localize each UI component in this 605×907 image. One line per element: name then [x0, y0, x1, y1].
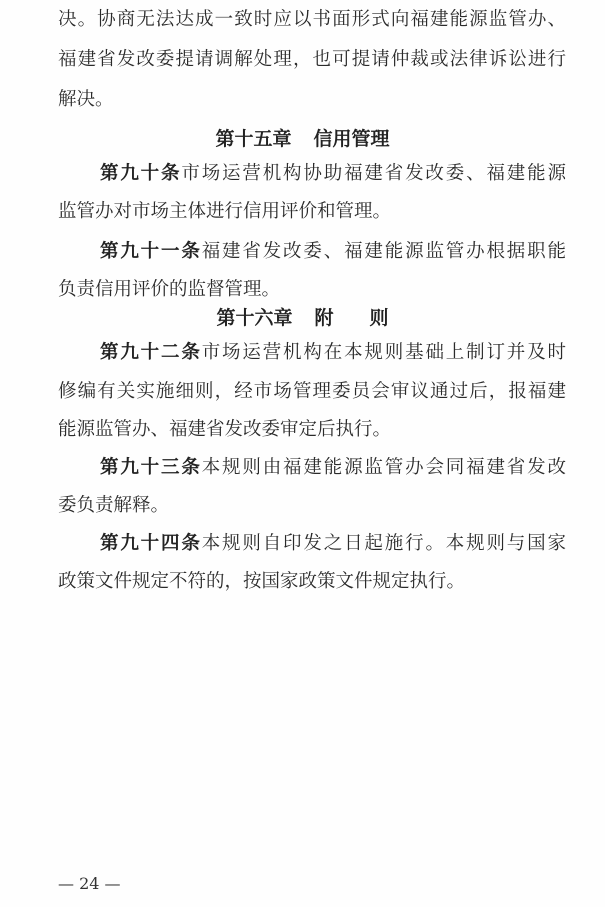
- article-text: 本规则自印发之日起施行。本规则与国家: [202, 533, 566, 554]
- chapter-number: 第十五章: [215, 128, 291, 150]
- article-label: 第九十四条: [100, 533, 202, 554]
- text-line: 政策文件规定不符的，按国家政策文件规定执行。: [58, 570, 566, 594]
- article-92: 第九十二条市场运营机构在本规则基础上制订并及时: [100, 341, 566, 365]
- text-line: 修编有关实施细则，经市场管理委员会审议通过后，报福建: [58, 380, 566, 404]
- article-label: 第九十一条: [100, 241, 202, 262]
- chapter-heading-16: 第十六章附则: [0, 306, 605, 330]
- article-label: 第九十三条: [100, 457, 202, 478]
- article-text: 福建省发改委、福建能源监管办根据职能: [202, 241, 566, 262]
- article-label: 第九十二条: [100, 342, 202, 363]
- article-text: 市场运营机构在本规则基础上制订并及时: [202, 342, 566, 363]
- article-90: 第九十条市场运营机构协助福建省发改委、福建能源: [100, 162, 566, 186]
- document-page: 决。协商无法达成一致时应以书面形式向福建能源监管办、 福建省发改委提请调解处理，…: [0, 0, 605, 907]
- text-line: 能源监管办、福建省发改委审定后执行。: [58, 418, 566, 442]
- chapter-title: 信用管理: [314, 128, 390, 150]
- text-line: 负责信用评价的监督管理。: [58, 278, 566, 302]
- article-93: 第九十三条本规则由福建能源监管办会同福建省发改: [100, 456, 566, 480]
- text-line: 委负责解释。: [58, 494, 566, 518]
- article-94: 第九十四条本规则自印发之日起施行。本规则与国家: [100, 532, 566, 556]
- text-line: 决。协商无法达成一致时应以书面形式向福建能源监管办、: [58, 8, 566, 32]
- chapter-number: 第十六章: [216, 307, 292, 329]
- chapter-title-part: 附: [314, 307, 333, 329]
- article-text: 市场运营机构协助福建省发改委、福建能源: [181, 163, 566, 184]
- article-91: 第九十一条福建省发改委、福建能源监管办根据职能: [100, 240, 566, 264]
- page-number: — 24 —: [58, 874, 121, 893]
- chapter-heading-15: 第十五章信用管理: [0, 127, 605, 151]
- article-text: 本规则由福建能源监管办会同福建省发改: [202, 457, 566, 478]
- article-label: 第九十条: [100, 163, 181, 184]
- text-line: 监管办对市场主体进行信用评价和管理。: [58, 200, 566, 224]
- chapter-title-part: 则: [370, 307, 389, 329]
- text-line: 福建省发改委提请调解处理，也可提请仲裁或法律诉讼进行: [58, 48, 566, 72]
- text-line: 解决。: [58, 88, 566, 112]
